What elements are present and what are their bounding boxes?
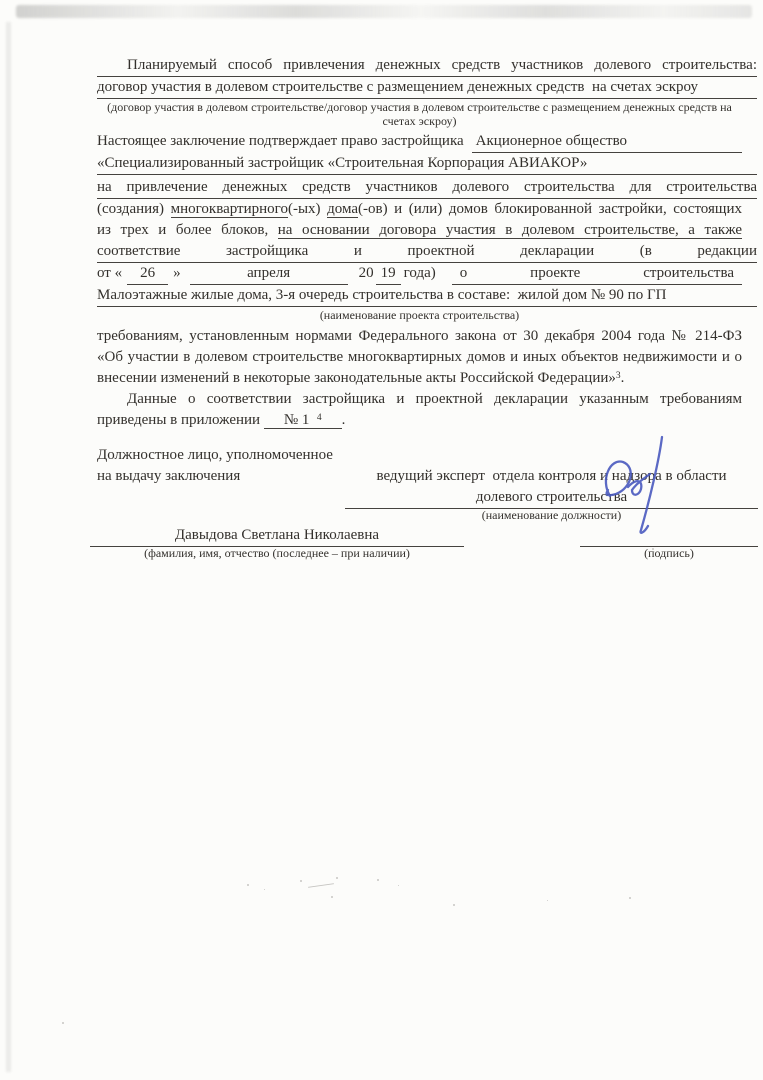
fill-line-declaration: соответствие застройщика и проектной дек… — [97, 241, 757, 263]
scan-speck — [62, 1022, 64, 1024]
scan-artifact-top-band — [16, 5, 752, 18]
position-caption: (наименование должности) — [345, 509, 758, 523]
scan-speck — [398, 885, 399, 886]
annex-paragraph: Данные о соответствии застройщика и прое… — [97, 389, 742, 431]
position-block: ведущий эксперт отдела контроля и надзор… — [345, 466, 758, 523]
position-line2: долевого строительства — [345, 487, 758, 509]
fill-line-building-types: (создания) многоквартирного(-ых) дома(-о… — [97, 199, 742, 220]
funding-method-value: договор участия в долевом строительстве … — [97, 77, 757, 99]
fill-line-date: от «26»апреля2019года)опроектестроительс… — [97, 263, 742, 285]
date-day-field: 26 — [127, 263, 168, 285]
scan-speck — [247, 884, 249, 886]
law-line-1: требованиям, установленным нормами Федер… — [97, 326, 742, 347]
annex-line-2: приведены в приложении № 1 4. — [97, 410, 742, 431]
fill-line-attraction: на привлечение денежных средств участник… — [97, 177, 757, 199]
scan-artifact-left-edge — [6, 22, 11, 1072]
date-year-field: 19 — [376, 263, 401, 285]
fill-line-basis: из трех и более блоков, на основании дог… — [97, 220, 742, 241]
scan-speck — [453, 904, 455, 906]
underlined-basis-text: на основании договора участия в долевом … — [278, 222, 742, 239]
project-name-value: Малоэтажные жилые дома, 3-я очередь стро… — [97, 285, 757, 307]
official-name-block: Давыдова Светлана Николаевна (фамилия, и… — [90, 525, 464, 561]
scan-speck — [377, 879, 379, 881]
official-name-caption: (фамилия, имя, отчество (последнее – при… — [90, 547, 464, 561]
scan-speck — [300, 880, 302, 882]
about-project-fill: опроектестроительства — [452, 263, 742, 285]
law-line-3: внесении изменений в некоторые законодат… — [97, 368, 742, 389]
scan-scribble — [308, 883, 334, 888]
handwritten-signature — [586, 434, 690, 536]
confirmation-prefix: Настоящее заключение подтверждает право … — [97, 131, 464, 152]
funding-method-label: Планируемый способ привлечения денежных … — [97, 55, 757, 77]
underlined-word-house: дома — [327, 201, 358, 218]
official-label-line1: Должностное лицо, уполномоченное — [97, 445, 345, 466]
scan-speck — [547, 900, 548, 901]
developer-name-line1: Акционерное общество — [472, 131, 742, 153]
underlined-word-apartment: многоквартирного — [171, 201, 288, 218]
position-line1: ведущий эксперт отдела контроля и надзор… — [345, 466, 758, 487]
fill-in-paragraph: на привлечение денежных средств участник… — [97, 177, 742, 323]
law-line-2: «Об участии в долевом строительстве мног… — [97, 347, 742, 368]
scan-speck — [629, 897, 631, 899]
project-name-caption: (наименование проекта строительства) — [97, 309, 742, 323]
footnote-ref-4: 4 — [317, 413, 322, 423]
official-label-line2: на выдачу заключения — [97, 466, 345, 487]
annex-line-1: Данные о соответствии застройщика и прое… — [97, 389, 742, 410]
scanned-document-page: Планируемый способ привлечения денежных … — [0, 0, 763, 1080]
scan-speck — [652, 548, 654, 550]
official-label: Должностное лицо, уполномоченное на выда… — [97, 445, 345, 523]
official-name: Давыдова Светлана Николаевна — [90, 525, 464, 547]
scan-speck — [336, 877, 338, 879]
developer-name-line2: «Специализированный застройщик «Строител… — [97, 153, 757, 175]
date-month-field: апреля — [190, 263, 348, 285]
annex-number-field: № 1 4 — [264, 412, 342, 429]
confirmation-line: Настоящее заключение подтверждает право … — [97, 131, 742, 153]
law-reference-paragraph: требованиям, установленным нормами Федер… — [97, 326, 742, 389]
scan-speck — [331, 896, 333, 898]
funding-method-caption: (договор участия в долевом строительстве… — [97, 101, 742, 128]
signature-caption: (подпись) — [580, 547, 758, 561]
scan-speck — [264, 889, 265, 890]
